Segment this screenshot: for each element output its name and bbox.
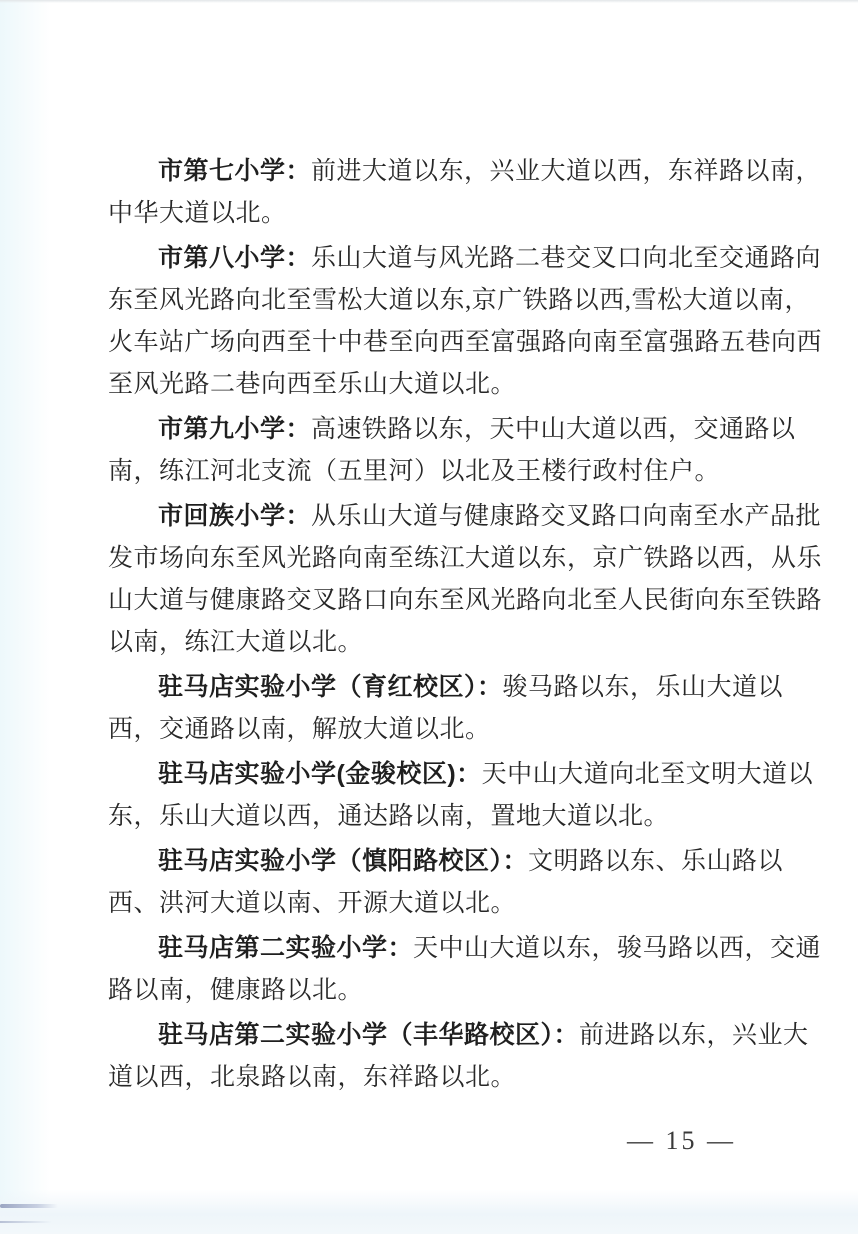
scan-edge-band-bottom: [0, 1190, 858, 1234]
school-name: 驻马店第二实验小学：: [158, 934, 413, 962]
school-name: 市第八小学：: [158, 244, 311, 272]
school-name: 驻马店第二实验小学（丰华路校区）：: [158, 1021, 579, 1049]
district-paragraph: 市回族小学：从乐山大道与健康路交叉路口向南至水产品批发市场向东至风光路向南至练江…: [108, 495, 834, 664]
scanned-document-page: 市第七小学：前进大道以东，兴业大道以西，东祥路以南，中华大道以北。 市第八小学：…: [0, 0, 858, 1234]
document-body: 市第七小学：前进大道以东，兴业大道以西，东祥路以南，中华大道以北。 市第八小学：…: [108, 150, 834, 1101]
page-number: — 15 —: [627, 1124, 736, 1158]
school-name: 驻马店实验小学(金骏校区)：: [158, 760, 482, 788]
school-name: 市回族小学：: [158, 502, 311, 530]
district-paragraph: 驻马店实验小学（育红校区）：骏马路以东，乐山大道以西，交通路以南，解放大道以北。: [108, 666, 834, 751]
school-name: 市第七小学：: [158, 157, 311, 185]
scan-edge-tint-left: [0, 0, 60, 1234]
district-paragraph: 驻马店第二实验小学（丰华路校区）：前进路以东，兴业大道以西，北泉路以南，东祥路以…: [108, 1014, 834, 1099]
district-paragraph: 市第八小学：乐山大道与风光路二巷交叉口向北至交通路向东至风光路向北至雪松大道以东…: [108, 237, 834, 406]
district-paragraph: 驻马店第二实验小学：天中山大道以东，骏马路以西，交通路以南，健康路以北。: [108, 927, 834, 1012]
district-paragraph: 市第七小学：前进大道以东，兴业大道以西，东祥路以南，中华大道以北。: [108, 150, 834, 235]
district-paragraph: 驻马店实验小学（慎阳路校区）：文明路以东、乐山路以西、洪河大道以南、开源大道以北…: [108, 840, 834, 925]
district-paragraph: 驻马店实验小学(金骏校区)：天中山大道向北至文明大道以东，乐山大道以西，通达路以…: [108, 753, 834, 838]
school-name: 驻马店实验小学（慎阳路校区）：: [158, 847, 528, 875]
school-name: 驻马店实验小学（育红校区）：: [158, 673, 503, 701]
scan-smudge-mark: [0, 1204, 58, 1208]
scan-edge-hairline-top: [0, 0, 858, 3]
school-name: 市第九小学：: [158, 415, 311, 443]
district-paragraph: 市第九小学：高速铁路以东，天中山大道以西，交通路以南，练江河北支流（五里河）以北…: [108, 408, 834, 493]
scan-smudge-mark: [0, 1221, 52, 1223]
